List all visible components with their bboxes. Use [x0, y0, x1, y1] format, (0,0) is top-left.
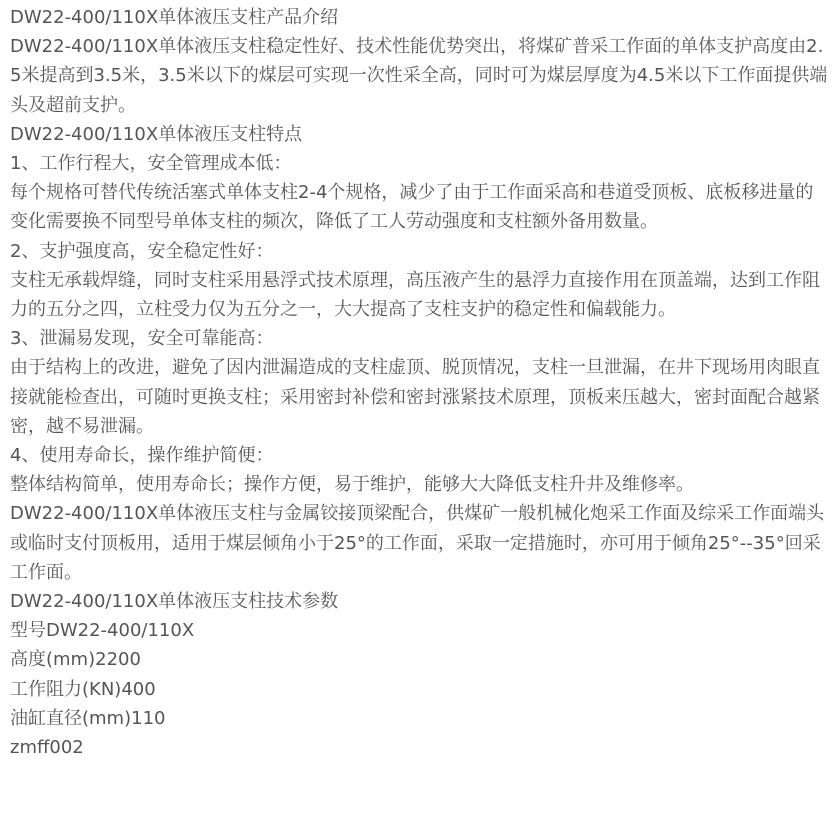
spec-model: 型号DW22-400/110X: [10, 616, 828, 645]
feature-heading-3: 3、泄漏易发现，安全可靠能高：: [10, 324, 828, 353]
features-heading: DW22-400/110X单体液压支柱特点: [10, 120, 828, 149]
feature-body-1: 每个规格可替代传统活塞式单体支柱2-4个规格，减少了由于工作面采高和巷道受顶板、…: [10, 178, 828, 236]
feature-heading-2: 2、支护强度高，安全稳定性好：: [10, 237, 828, 266]
feature-body-3: 由于结构上的改进，避免了因内泄漏造成的支柱虚顶、脱顶情况，支柱一旦泄漏，在井下现…: [10, 353, 828, 441]
article-title: DW22-400/110X单体液压支柱产品介绍: [10, 3, 828, 32]
product-article: DW22-400/110X单体液压支柱产品介绍 DW22-400/110X单体液…: [0, 0, 838, 762]
application-paragraph: DW22-400/110X单体液压支柱与金属铰接顶梁配合，供煤矿一般机械化炮采工…: [10, 499, 828, 587]
feature-body-2: 支柱无承载焊缝，同时支柱采用悬浮式技术原理，高压液产生的悬浮力直接作用在顶盖端，…: [10, 266, 828, 324]
footer-code: zmff002: [10, 733, 828, 762]
spec-working-resistance: 工作阻力(KN)400: [10, 675, 828, 704]
spec-height: 高度(mm)2200: [10, 645, 828, 674]
article-intro: DW22-400/110X单体液压支柱稳定性好、技术性能优势突出，将煤矿普采工作…: [10, 32, 828, 120]
specs-heading: DW22-400/110X单体液压支柱技术参数: [10, 587, 828, 616]
spec-cylinder-diameter: 油缸直径(mm)110: [10, 704, 828, 733]
feature-body-4: 整体结构简单，使用寿命长；操作方便，易于维护，能够大大降低支柱升井及维修率。: [10, 470, 828, 499]
feature-heading-4: 4、使用寿命长，操作维护简便：: [10, 441, 828, 470]
feature-heading-1: 1、工作行程大，安全管理成本低：: [10, 149, 828, 178]
